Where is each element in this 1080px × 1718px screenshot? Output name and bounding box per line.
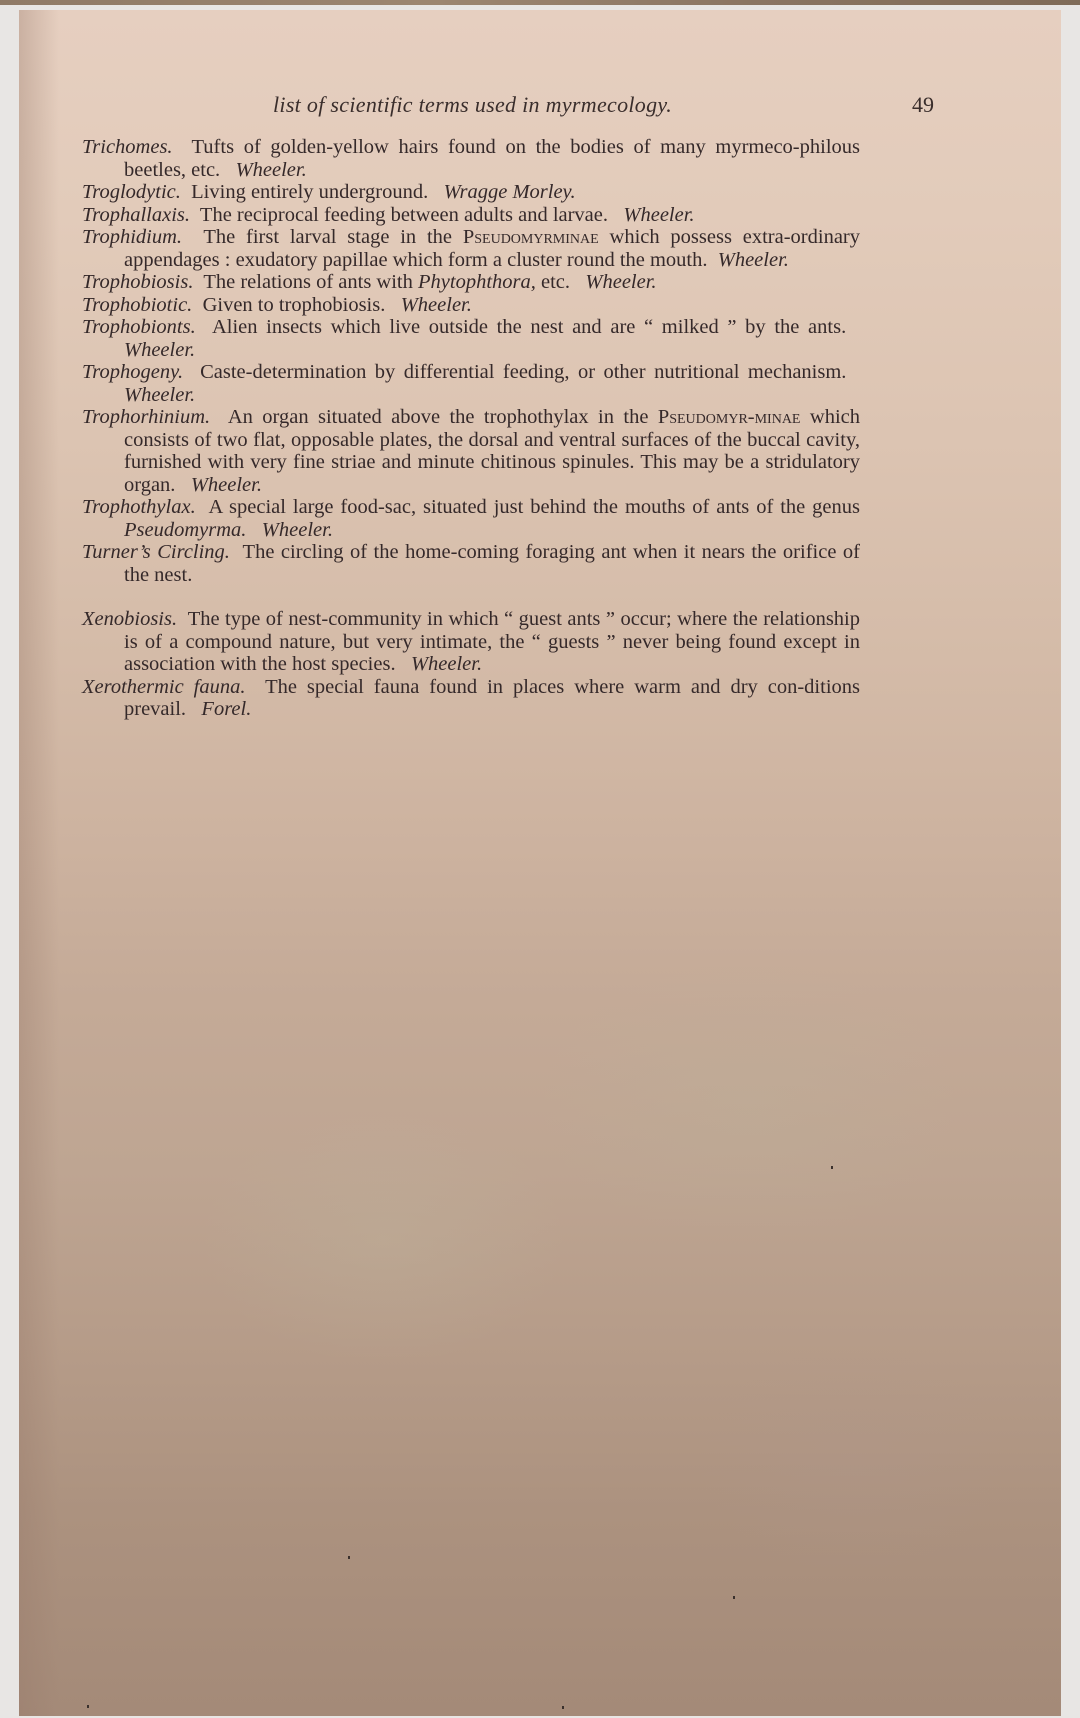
glossary-entry-trophogeny: Trophogeny. Caste-determination by diffe… bbox=[82, 361, 860, 406]
entry-term: Trophidium. bbox=[82, 226, 182, 248]
entry-term: Troglodytic. bbox=[82, 181, 181, 203]
viewer-top-bar bbox=[0, 0, 1080, 5]
entry-term: Trophallaxis. bbox=[82, 204, 190, 226]
glossary-entry-xenobiosis: Xenobiosis. The type of nest-community i… bbox=[82, 608, 860, 676]
glossary-entry-trophothylax: Trophothylax. A special large food-sac, … bbox=[82, 496, 860, 541]
entry-definition: Given to trophobiosis. bbox=[203, 294, 386, 316]
glossary-entry-trichomes: Trichomes. Tufts of golden-yellow hairs … bbox=[82, 136, 860, 181]
entry-term: Trophothylax. bbox=[82, 496, 196, 518]
paper-speck bbox=[562, 1706, 564, 1709]
entry-definition: Living entirely underground. bbox=[191, 181, 428, 203]
glossary-entry-troglodytic: Troglodytic. Living entirely underground… bbox=[82, 181, 860, 204]
entry-definition-cont: etc. bbox=[541, 271, 570, 293]
entry-authority: Wheeler. bbox=[124, 339, 195, 361]
glossary-entries: Trichomes. Tufts of golden-yellow hairs … bbox=[82, 136, 860, 721]
glossary-entry-trophobionts: Trophobionts. Alien insects which live o… bbox=[82, 316, 860, 361]
entry-term: Xenobiosis. bbox=[82, 608, 177, 630]
entry-definition: The reciprocal feeding between adults an… bbox=[200, 204, 608, 226]
entry-authority: Wheeler. bbox=[623, 204, 694, 226]
entry-authority: Wheeler. bbox=[124, 384, 195, 406]
entry-term: Trophobiosis. bbox=[82, 271, 193, 293]
glossary-entry-trophidium: Trophidium. The first larval stage in th… bbox=[82, 226, 860, 271]
entry-definition: Caste-determination by differential feed… bbox=[200, 361, 846, 383]
entry-authority: Wheeler. bbox=[236, 159, 307, 181]
entry-definition: The type of nest-community in which “ gu… bbox=[124, 608, 860, 675]
entry-authority: Forel. bbox=[201, 698, 251, 720]
entry-authority: Wheeler. bbox=[191, 474, 262, 496]
entry-term: Trophogeny. bbox=[82, 361, 183, 383]
glossary-entry-trophobiotic: Trophobiotic. Given to trophobiosis. Whe… bbox=[82, 294, 860, 317]
glossary-entry-xerothermic-fauna: Xerothermic fauna. The special fauna fou… bbox=[82, 676, 860, 721]
entry-authority: Wheeler. bbox=[411, 653, 482, 675]
entry-definition: The first larval stage in the bbox=[203, 226, 452, 248]
taxon-name: Pseudomyr-minae bbox=[658, 406, 801, 428]
glossary-entry-trophobiosis: Trophobiosis. The relations of ants with… bbox=[82, 271, 860, 294]
entry-term: Trophobionts. bbox=[82, 316, 196, 338]
paper-speck bbox=[733, 1596, 735, 1599]
book-page: list of scientific terms used in myrmeco… bbox=[19, 10, 1061, 1716]
taxon-name: Pseudomyrma. bbox=[124, 519, 246, 541]
entry-definition: Alien insects which live outside the nes… bbox=[212, 316, 846, 338]
entry-authority: Wheeler. bbox=[262, 519, 333, 541]
entry-authority: Wheeler. bbox=[401, 294, 472, 316]
glossary-entry-trophorhinium: Trophorhinium. An organ situated above t… bbox=[82, 406, 860, 496]
taxon-name: Pseudomyrminae bbox=[463, 226, 599, 248]
section-gap bbox=[82, 586, 860, 608]
page-number: 49 bbox=[912, 92, 934, 118]
entry-definition: A special large food-sac, situated just … bbox=[208, 496, 860, 518]
paper-speck bbox=[87, 1705, 89, 1708]
entry-term: Turner’s Circling. bbox=[82, 541, 230, 563]
entry-definition: The relations of ants with bbox=[203, 271, 413, 293]
glossary-entry-turners-circling: Turner’s Circling. The circling of the h… bbox=[82, 541, 860, 586]
taxon-name: Phytophthora, bbox=[418, 271, 536, 293]
paper-speck bbox=[348, 1556, 350, 1559]
entry-term: Xerothermic fauna. bbox=[82, 676, 246, 698]
glossary-entry-trophallaxis: Trophallaxis. The reciprocal feeding bet… bbox=[82, 204, 860, 227]
entry-definition: Tufts of golden-yellow hairs found on th… bbox=[124, 136, 860, 181]
entry-definition: An organ situated above the trophothylax… bbox=[228, 406, 649, 428]
entry-definition: The circling of the home-coming foraging… bbox=[124, 541, 860, 586]
entry-authority: Wheeler. bbox=[718, 249, 789, 271]
running-title: list of scientific terms used in myrmeco… bbox=[273, 92, 672, 118]
entry-term: Trichomes. bbox=[82, 136, 173, 158]
entry-authority: Wheeler. bbox=[585, 271, 656, 293]
entry-term: Trophobiotic. bbox=[82, 294, 192, 316]
entry-term: Trophorhinium. bbox=[82, 406, 210, 428]
entry-authority: Wragge Morley. bbox=[444, 181, 576, 203]
paper-speck bbox=[831, 1166, 833, 1169]
